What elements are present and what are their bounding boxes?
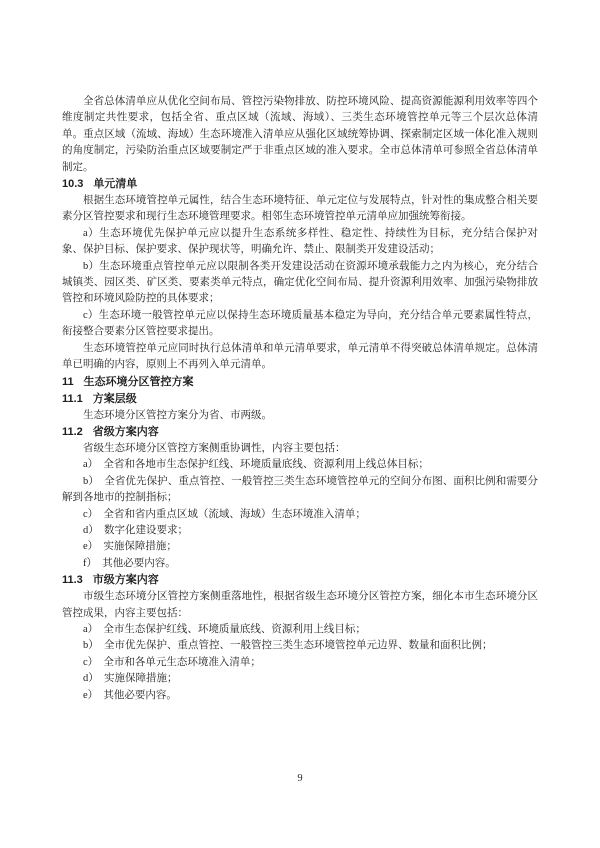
list-item-11-3-b: b） 全市优先保护、重点管控、一般管控三类生态环境管控单元边界、数量和面积比例； (62, 638, 538, 654)
paragraph-plan-levels: 生态环境分区管控方案分为省、市两级。 (62, 408, 538, 424)
heading-11-3-title: 市级方案内容 (93, 574, 159, 586)
document-body: 全省总体清单应从优化空间布局、管控污染物排放、防控环境风险、提高资源能源利用效率… (62, 94, 538, 704)
heading-11-title: 生态环境分区管控方案 (84, 376, 194, 388)
heading-11-2-number: 11.2 (62, 426, 83, 438)
heading-10-3-number: 10.3 (62, 178, 83, 190)
list-item-11-3-d: d） 实施保障措施； (62, 671, 538, 687)
list-item-11-3-a: a） 全市生态保护红线、环境质量底线、资源利用上线目标； (62, 622, 538, 638)
paragraph-unit-list-rule: 生态环境管控单元应同时执行总体清单和单元清单要求，单元清单不得突破总体清单规定。… (62, 341, 538, 374)
heading-10-3-title: 单元清单 (93, 178, 137, 190)
list-item-11-2-d: d） 数字化建设要求； (62, 523, 538, 539)
list-item-11-3-c: c） 全市和各单元生态环境准入清单； (62, 655, 538, 671)
list-item-11-3-e: e） 其他必要内容。 (62, 688, 538, 704)
list-item-10-3-a: a）生态环境优先保护单元应以提升生态系统多样性、稳定性、持续性为目标，充分结合保… (62, 226, 538, 259)
paragraph-total-list-requirements: 全省总体清单应从优化空间布局、管控污染物排放、防控环境风险、提高资源能源利用效率… (62, 94, 538, 176)
heading-11-2: 11.2省级方案内容 (62, 424, 538, 441)
paragraph-unit-list-intro: 根据生态环境管控单元属性，结合生态环境特征、单元定位与发展特点，针对性的集成整合… (62, 193, 538, 226)
heading-11-3-number: 11.3 (62, 574, 83, 586)
list-item-11-2-b: b） 全省优先保护、重点管控、一般管控三类生态环境管控单元的空间分布图、面积比例… (62, 474, 538, 507)
list-item-11-2-c: c） 全省和省内重点区域（流域、海域）生态环境准入清单； (62, 507, 538, 523)
heading-11-3: 11.3市级方案内容 (62, 572, 538, 589)
page-number: 9 (0, 773, 600, 784)
heading-11-1: 11.1方案层级 (62, 391, 538, 408)
heading-10-3: 10.3单元清单 (62, 176, 538, 193)
list-item-11-2-e: e） 实施保障措施； (62, 539, 538, 555)
heading-11-1-title: 方案层级 (93, 393, 137, 405)
heading-11-number: 11 (62, 376, 74, 388)
paragraph-province-plan-intro: 省级生态环境分区管控方案侧重协调性，内容主要包括： (62, 441, 538, 457)
paragraph-city-plan-intro: 市级生态环境分区管控方案侧重落地性，根据省级生态环境分区管控方案，细化本市生态环… (62, 589, 538, 622)
list-item-10-3-c: c）生态环境一般管控单元应以保持生态环境质量基本稳定为导向，充分结合单元要素属性… (62, 308, 538, 341)
list-item-10-3-b: b）生态环境重点管控单元应以限制各类开发建设活动在资源环境承载能力之内为核心，充… (62, 259, 538, 308)
heading-11-2-title: 省级方案内容 (93, 426, 159, 438)
heading-11-1-number: 11.1 (62, 393, 83, 405)
document-page: 全省总体清单应从优化空间布局、管控污染物排放、防控环境风险、提高资源能源利用效率… (0, 0, 600, 848)
list-item-11-2-a: a） 全省和各地市生态保护红线、环境质量底线、资源利用上线总体目标； (62, 457, 538, 473)
list-item-11-2-f: f） 其他必要内容。 (62, 556, 538, 572)
heading-11: 11生态环境分区管控方案 (62, 374, 538, 391)
